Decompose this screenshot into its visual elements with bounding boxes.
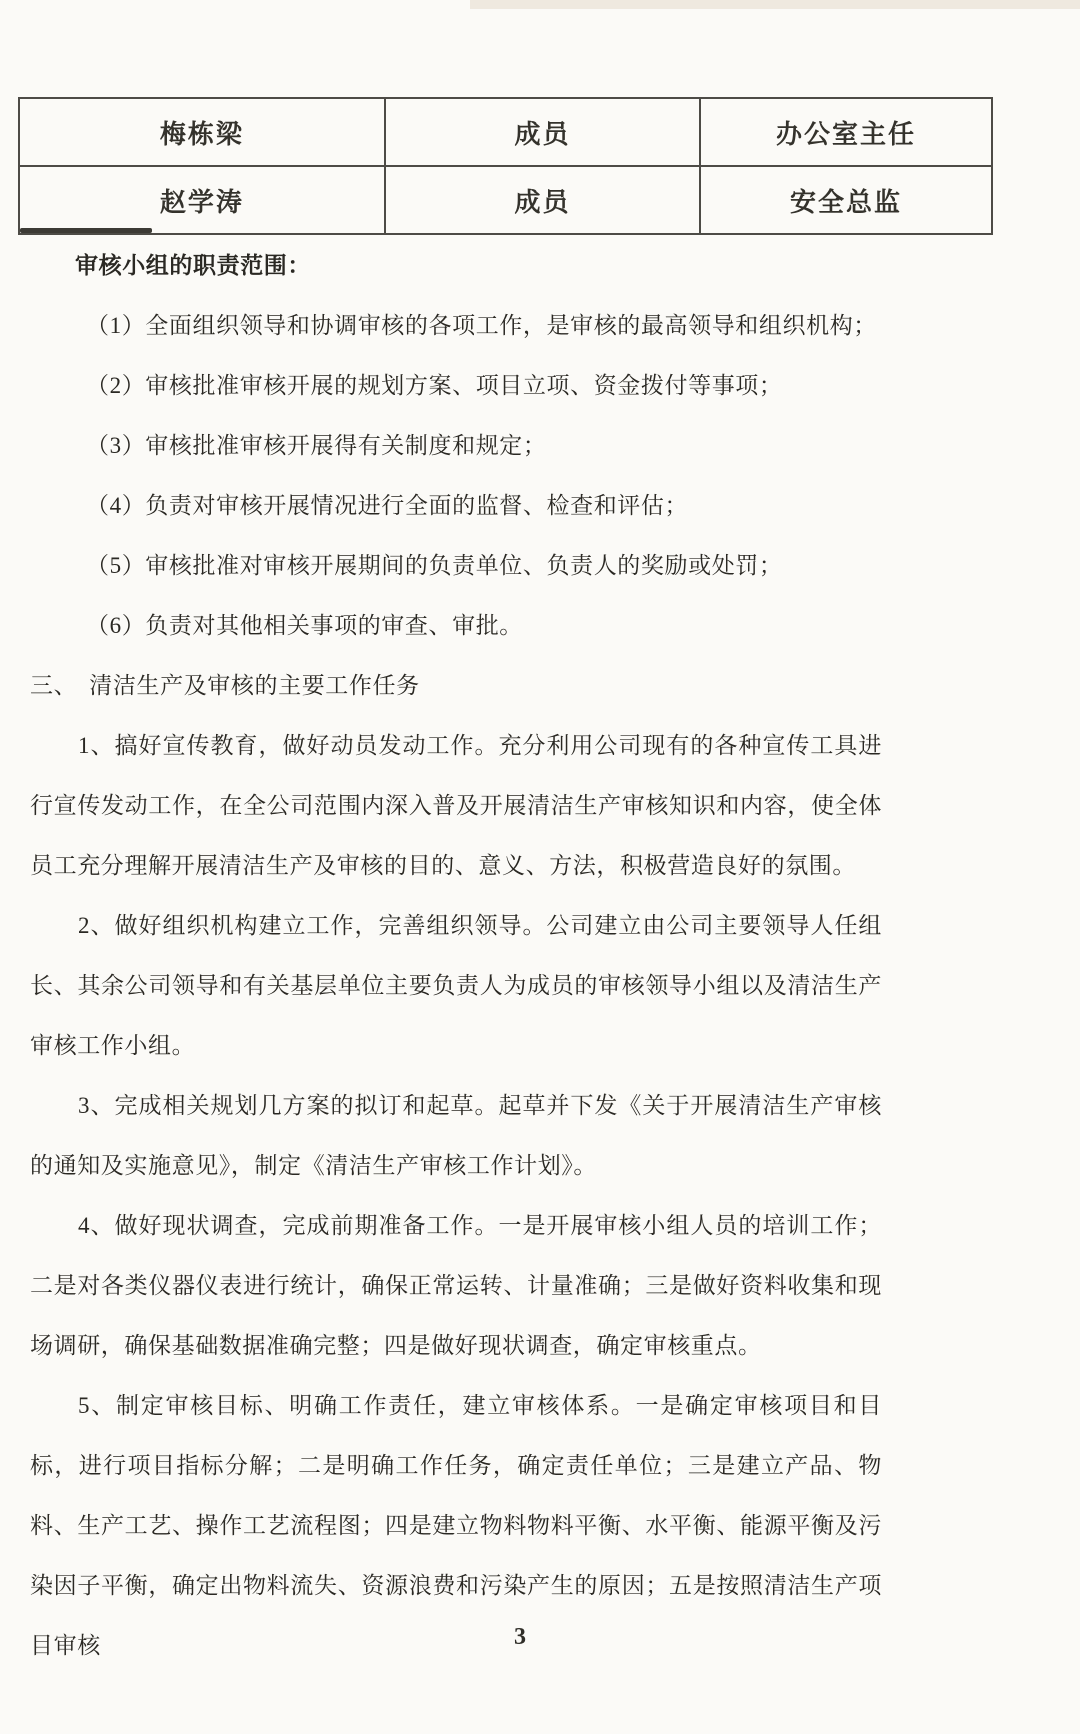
duty-item-3: （3）审核批准审核开展得有关制度和规定； (30, 416, 882, 476)
task-paragraph-3: 3、完成相关规划几方案的拟订和起草。起草并下发《关于开展清洁生产审核的通知及实施… (30, 1076, 882, 1196)
duty-item-4: （4）负责对审核开展情况进行全面的监督、检查和评估； (30, 476, 882, 536)
table-border-artifact (20, 228, 152, 233)
duty-item-6: （6）负责对其他相关事项的审查、审批。 (30, 596, 882, 656)
task-paragraph-1: 1、搞好宣传教育，做好动员发动工作。充分利用公司现有的各种宣传工具进行宣传发动工… (30, 716, 882, 896)
section-heading: 三、 清洁生产及审核的主要工作任务 (30, 656, 882, 716)
duty-item-5: （5）审核批准对审核开展期间的负责单位、负责人的奖励或处罚； (30, 536, 882, 596)
document-body: 审核小组的职责范围： （1）全面组织领导和协调审核的各项工作，是审核的最高领导和… (30, 236, 882, 1676)
table-row: 梅栋梁 成员 办公室主任 (19, 98, 992, 166)
duty-item-2: （2）审核批准审核开展的规划方案、项目立项、资金拨付等事项； (30, 356, 882, 416)
task-paragraph-4: 4、做好现状调查，完成前期准备工作。一是开展审核小组人员的培训工作；二是对各类仪… (30, 1196, 882, 1376)
member-table: 梅栋梁 成员 办公室主任 赵学涛 成员 安全总监 (18, 97, 993, 235)
member-role-cell: 成员 (385, 166, 700, 234)
page-number: 3 (0, 1624, 1040, 1651)
task-paragraph-2: 2、做好组织机构建立工作，完善组织领导。公司建立由公司主要领导人任组长、其余公司… (30, 896, 882, 1076)
member-role-cell: 成员 (385, 98, 700, 166)
table-row: 赵学涛 成员 安全总监 (19, 166, 992, 234)
member-name-cell: 赵学涛 (19, 166, 385, 234)
member-title-cell: 安全总监 (700, 166, 992, 234)
scan-tint-artifact (470, 0, 1080, 9)
member-title-cell: 办公室主任 (700, 98, 992, 166)
duties-intro: 审核小组的职责范围： (30, 236, 882, 296)
duty-item-1: （1）全面组织领导和协调审核的各项工作，是审核的最高领导和组织机构； (30, 296, 882, 356)
member-name-cell: 梅栋梁 (19, 98, 385, 166)
document-page: 梅栋梁 成员 办公室主任 赵学涛 成员 安全总监 审核小组的职责范围： （1）全… (0, 0, 1080, 1734)
